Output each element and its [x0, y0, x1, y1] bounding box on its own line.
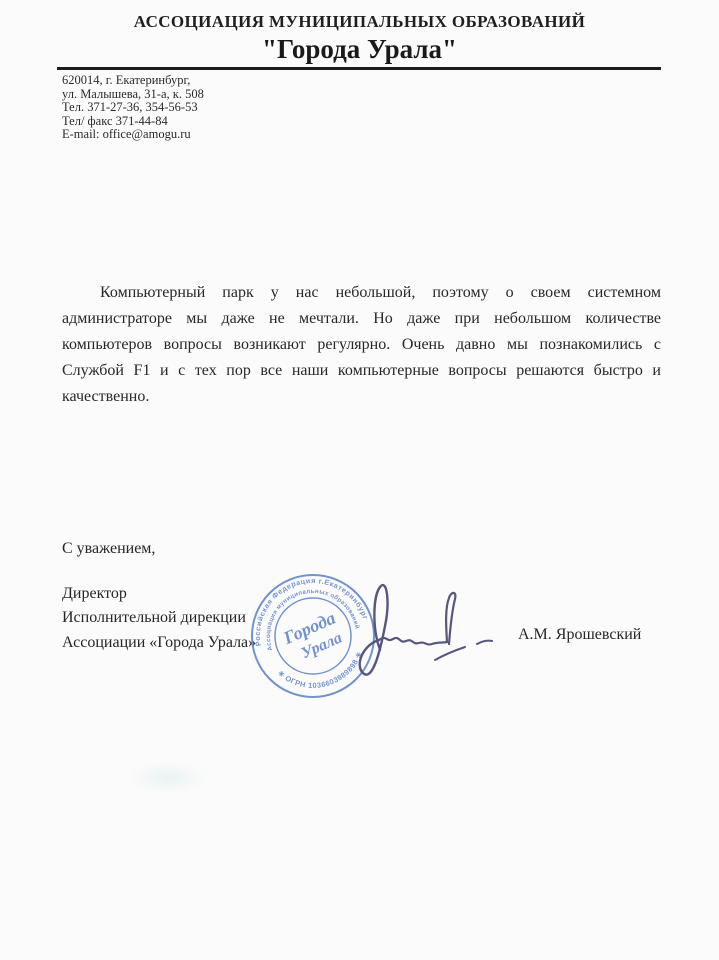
org-name-line2: "Города Урала" — [0, 34, 719, 65]
signature-cursive-stroke — [379, 638, 447, 645]
signer-title-block: Директор Исполнительной дирекции Ассоциа… — [62, 582, 256, 655]
signature-initial-stroke — [360, 585, 388, 675]
letterhead: АССОЦИАЦИЯ МУНИЦИПАЛЬНЫХ ОБРАЗОВАНИЙ "Го… — [0, 12, 719, 65]
signature-flourish-stroke — [446, 593, 455, 644]
body-paragraph: Компьютерный парк у нас небольшой, поэто… — [62, 280, 661, 410]
scan-smudge — [126, 760, 210, 796]
contact-address-line2: ул. Малышева, 31-а, к. 508 — [62, 88, 204, 102]
regards-line: С уважением, — [62, 540, 155, 558]
signer-name: А.М. Ярошевский — [518, 626, 641, 644]
contact-fax: Тел/ факс 371-44-84 — [62, 115, 204, 129]
signer-title-line1: Директор — [62, 582, 256, 606]
contact-email: E-mail: office@amogu.ru — [62, 128, 204, 142]
handwritten-signature — [338, 556, 508, 706]
contact-block: 620014, г. Екатеринбург, ул. Малышева, 3… — [62, 74, 204, 142]
signature-dash-stroke — [477, 641, 492, 644]
signer-title-line3: Ассоциации «Города Урала» — [62, 631, 256, 655]
letter-page: АССОЦИАЦИЯ МУНИЦИПАЛЬНЫХ ОБРАЗОВАНИЙ "Го… — [0, 0, 719, 960]
signature-underline-stroke — [435, 647, 465, 660]
contact-address-line1: 620014, г. Екатеринбург, — [62, 74, 204, 88]
org-name-line1: АССОЦИАЦИЯ МУНИЦИПАЛЬНЫХ ОБРАЗОВАНИЙ — [0, 12, 719, 32]
letterhead-rule — [57, 67, 661, 70]
signer-title-line2: Исполнительной дирекции — [62, 606, 256, 630]
contact-phone: Тел. 371-27-36, 354-56-53 — [62, 101, 204, 115]
